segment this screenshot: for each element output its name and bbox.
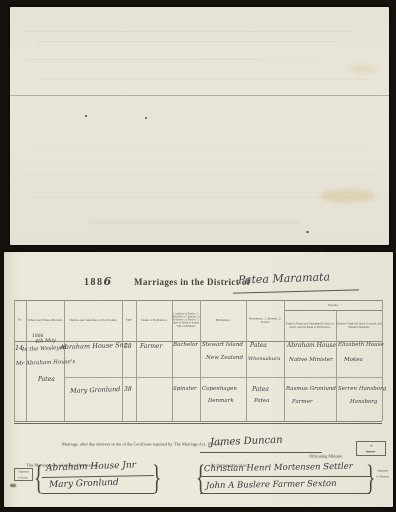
table-rule xyxy=(14,421,382,422)
groom-mother-maiden: Mokea xyxy=(344,357,363,363)
district-name: Patea Maramata xyxy=(238,270,330,286)
column-header-residence: Residence. 1. Present. 2. Usual. xyxy=(246,300,284,341)
groom-residence-1: Patea xyxy=(250,342,267,349)
bride-name: Mary Gronlund xyxy=(70,385,121,395)
witness-2-line xyxy=(200,493,370,494)
witness-2-signature: John A Buslere Farmer Sexton xyxy=(206,479,337,491)
column-header-ages: Ages. xyxy=(122,300,136,341)
paper-stain xyxy=(320,189,376,203)
table-rule xyxy=(64,377,382,378)
ink-speck xyxy=(306,231,309,233)
column-header-birthplace: Birthplace. xyxy=(200,300,246,341)
year-printed: 188 xyxy=(84,277,104,288)
groom-father-name: Abraham House xyxy=(287,342,336,349)
year-script: 6 xyxy=(104,275,113,288)
bride-father-name: Rasmus Gronlund xyxy=(286,386,336,392)
bride-residence-2: Patea xyxy=(254,398,269,404)
bride-father-rank: Farmer xyxy=(292,399,312,405)
ink-speck xyxy=(85,115,87,117)
column-header-no: No. xyxy=(14,300,26,341)
groom-condition: Bachelor xyxy=(173,342,198,348)
entry-when-place-3: Patea xyxy=(38,376,55,383)
bride-birthplace-1: Copenhagen xyxy=(202,386,237,392)
groom-residence-2: Whenuakura xyxy=(248,356,280,362)
column-header-father: Father's Name and Surname (if dead, so s… xyxy=(284,310,336,341)
show-through-line xyxy=(200,59,320,60)
parties-brace-close: } xyxy=(152,459,161,498)
column-header-parents: Parents. xyxy=(284,300,382,310)
column-header-rank: Rank or Profession. xyxy=(136,300,172,341)
ink-speck xyxy=(145,117,147,119)
show-through-line xyxy=(30,147,370,148)
register-table: No. When and Where Married. Names and Su… xyxy=(14,300,382,424)
parties-note-box: Signatures of Parties. xyxy=(14,468,33,481)
table-rule xyxy=(382,300,383,421)
margin-mark xyxy=(10,484,16,487)
paper-stain xyxy=(348,65,378,73)
minister-signature-line xyxy=(200,452,322,453)
entry-when-date: 4th May xyxy=(35,337,56,344)
groom-age: 28 xyxy=(124,343,132,350)
entry-when-place-2: Mr Abraham House's xyxy=(16,359,75,367)
groom-rank: Farmer xyxy=(140,343,162,350)
groom-father-rank: Native Minister xyxy=(289,357,333,363)
groom-birthplace-1: Stewart Island xyxy=(202,342,243,348)
show-through-line xyxy=(30,197,370,198)
show-through-line xyxy=(24,175,374,176)
witness-1-line xyxy=(200,476,370,477)
officiating-minister-label: Officiating Minister xyxy=(309,445,357,463)
bride-condition: Spinster xyxy=(173,386,197,392)
show-through-title xyxy=(90,220,300,224)
column-header-mother: Mother's Name (if dead, so state), and M… xyxy=(336,310,382,341)
show-through-line xyxy=(24,31,354,32)
witness-1-signature: Christian Henri Mortensen Settler xyxy=(204,462,353,475)
page-rule xyxy=(10,95,389,96)
bride-mother-name: Serren Hansborg xyxy=(338,386,386,392)
minister-note-box: or Registrar. xyxy=(356,441,386,456)
register-page: 1886 Marriages in the District of Patea … xyxy=(4,252,393,507)
show-through-line xyxy=(40,79,370,80)
column-header-names: Names and Surnames of the Parties. xyxy=(64,300,122,341)
groom-name: Abraham House Snr. xyxy=(60,341,128,351)
bride-mother-maiden: Hansborg xyxy=(350,399,377,405)
show-through-line xyxy=(36,41,336,42)
bride-birthplace-2: Denmark xyxy=(208,398,234,404)
page-title: Marriages in the District of xyxy=(134,277,250,287)
groom-birthplace-2: New Zealand xyxy=(206,355,243,361)
bride-residence-1: Patea xyxy=(252,386,269,393)
register-scan: 1886 Marriages in the District of Patea … xyxy=(0,0,396,512)
party-2-signature: Mary Gronlund xyxy=(49,478,119,490)
bride-age: 38 xyxy=(124,386,132,393)
groom-mother-name: Elizabeth House xyxy=(338,342,384,348)
witnesses-note: Signatures of Witnesses. xyxy=(374,468,391,479)
table-rule xyxy=(14,423,382,424)
column-header-condition: Condition of Parties. 1. 'Bachelor' or '… xyxy=(172,300,200,341)
party-2-line xyxy=(42,493,154,494)
blank-page xyxy=(10,7,389,245)
register-year: 1886 xyxy=(84,275,113,288)
district-underline xyxy=(233,289,359,293)
